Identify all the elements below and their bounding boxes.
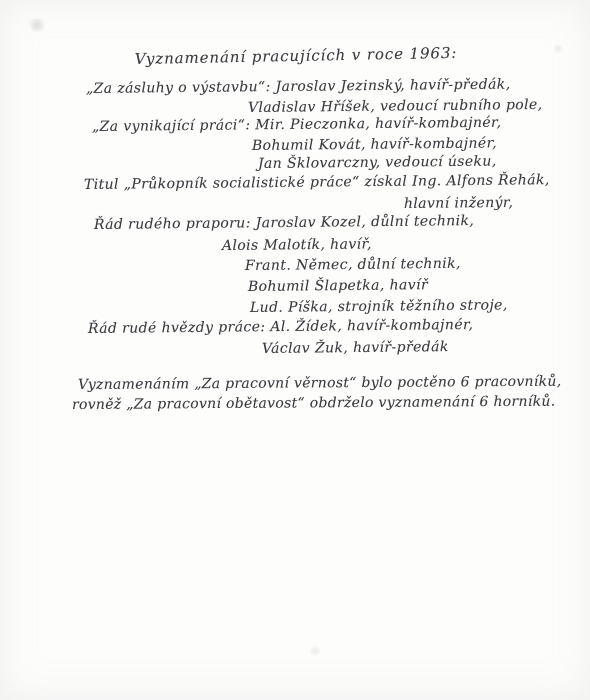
paper-speck xyxy=(552,44,564,54)
handwritten-line: Řád rudé hvězdy práce: Al. Žídek, havíř-… xyxy=(88,317,474,337)
handwritten-line: „Za zásluhy o výstavbu“: Jaroslav Jezins… xyxy=(86,77,511,97)
paper-smudge xyxy=(28,18,46,32)
handwritten-line: Bohumil Kovát, havíř-kombajnér, xyxy=(252,135,497,154)
handwritten-line: „Za vynikající práci“: Mir. Pieczonka, h… xyxy=(92,115,502,135)
handwritten-line: Frant. Němec, důlní technik, xyxy=(245,256,461,274)
footer-line-1: Vyznamenáním „Za pracovní věrnost“ bylo … xyxy=(78,374,562,393)
handwritten-line: Řád rudého praporu: Jaroslav Kozel, důln… xyxy=(94,213,474,233)
handwritten-line: Alois Malotík, havíř, xyxy=(222,236,372,254)
paper-speck xyxy=(308,646,322,656)
handwritten-line: Bohumil Šlapetka, havíř xyxy=(248,277,428,295)
handwritten-line: Titul „Průkopník socialistické práce“ zí… xyxy=(84,172,550,193)
footer-line-2: rovněž „Za pracovní obětavost“ obdrželo … xyxy=(72,394,556,413)
handwritten-line: hlavní inženýr, xyxy=(404,195,514,212)
handwritten-line: Václav Žuk, havíř-předák xyxy=(262,339,449,357)
document-title: Vyznamenání pracujících v roce 1963: xyxy=(135,44,458,68)
handwritten-line: Lud. Píška, strojník těžního stroje, xyxy=(250,297,508,316)
handwritten-line: Jan Šklovarczny, vedoucí úseku, xyxy=(258,154,497,172)
scanned-document-page: Vyznamenání pracujících v roce 1963: „Za… xyxy=(0,0,590,700)
handwritten-line: Vladislav Hříšek, vedoucí rubního pole, xyxy=(248,97,543,116)
